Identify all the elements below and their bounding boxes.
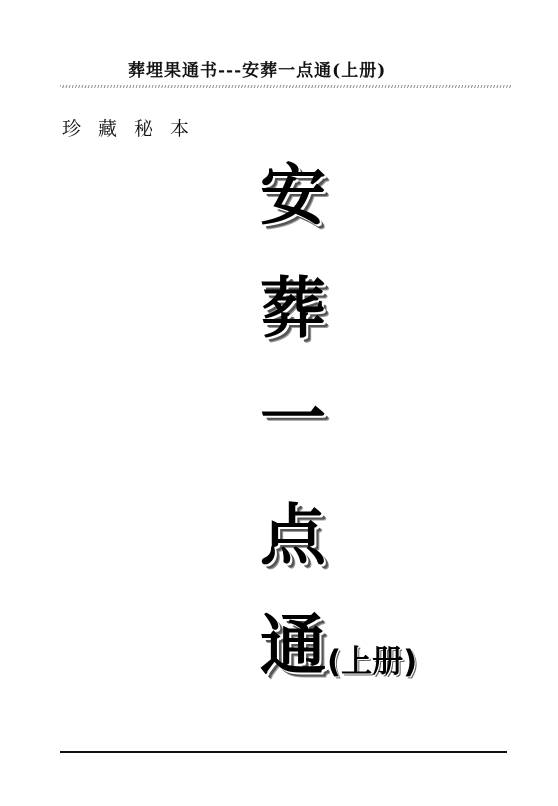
title-char-2: 葬 bbox=[257, 273, 329, 345]
volume-label: (上册) bbox=[327, 642, 417, 682]
series-label: 珍藏秘本 bbox=[62, 114, 206, 141]
title-char-3: 一 bbox=[257, 383, 329, 455]
footer-divider bbox=[60, 751, 507, 753]
title-char-1: 安 bbox=[257, 160, 329, 232]
title-char-5: 通 bbox=[257, 610, 329, 682]
header-divider bbox=[60, 85, 512, 88]
running-header-title: 葬埋果通书---安葬一点通(上册) bbox=[128, 56, 488, 81]
title-char-4: 点 bbox=[257, 500, 329, 572]
